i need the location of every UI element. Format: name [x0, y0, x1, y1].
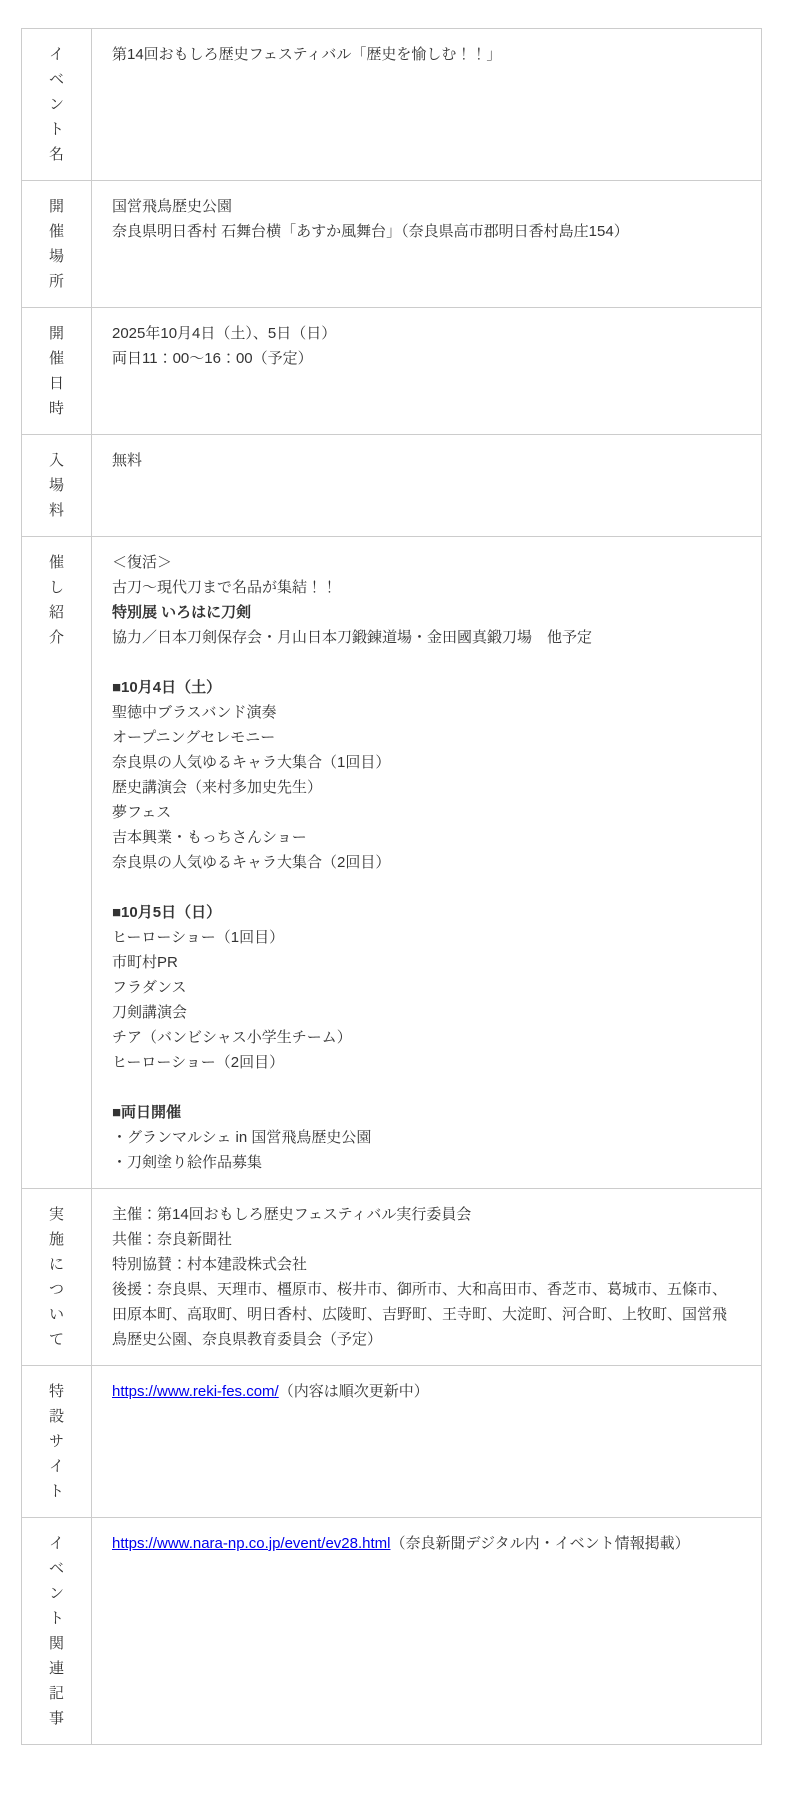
content-line: 歴史講演会（来村多加史先生） — [112, 775, 741, 800]
row-header-label: 催し紹介 — [48, 550, 66, 650]
content-line: 両日11：00〜16：00（予定） — [112, 346, 741, 371]
row-content-cell: 主催：第14回おもしろ歴史フェスティバル実行委員会共催：奈良新聞社特別協賛：村本… — [92, 1189, 762, 1366]
row-header-label: 実施について — [48, 1202, 66, 1352]
content-line: ・グランマルシェ in 国営飛鳥歴史公園 — [112, 1125, 741, 1150]
event-table-row: 入場料 無料 — [22, 435, 762, 537]
external-link[interactable]: https://www.reki-fes.com/ — [112, 1383, 279, 1400]
content-line: 夢フェス — [112, 800, 741, 825]
content-line: 後援：奈良県、天理市、橿原市、桜井市、御所市、大和高田市、香芝市、葛城市、五條市… — [112, 1277, 741, 1352]
event-table-row: イベント名 第14回おもしろ歴史フェスティバル「歴史を愉しむ！！」 — [22, 29, 762, 181]
content-line: 共催：奈良新聞社 — [112, 1227, 741, 1252]
row-content-cell: 国営飛鳥歴史公園奈良県明日香村 石舞台横「あすか風舞台」（奈良県高市郡明日香村島… — [92, 181, 762, 308]
row-content-cell: 無料 — [92, 435, 762, 537]
row-content-cell: https://www.reki-fes.com/（内容は順次更新中） — [92, 1366, 762, 1518]
content-line-with-link: https://www.nara-np.co.jp/event/ev28.htm… — [112, 1531, 741, 1556]
content-line: 奈良県の人気ゆるキャラ大集合（2回目） — [112, 850, 741, 875]
content-line: チア（バンビシャス小学生チーム） — [112, 1025, 741, 1050]
event-table-row: 開催場所 国営飛鳥歴史公園奈良県明日香村 石舞台横「あすか風舞台」（奈良県高市郡… — [22, 181, 762, 308]
row-content-cell: 第14回おもしろ歴史フェスティバル「歴史を愉しむ！！」 — [92, 29, 762, 181]
content-line: ■10月4日（土） — [112, 675, 741, 700]
row-header-cell: 実施について — [22, 1189, 92, 1366]
row-header-cell: イベント関連記事 — [22, 1518, 92, 1745]
content-line: ・刀剣塗り絵作品募集 — [112, 1150, 741, 1175]
content-line: 国営飛鳥歴史公園 — [112, 194, 741, 219]
content-line: フラダンス — [112, 975, 741, 1000]
event-table-row: イベント関連記事 https://www.nara-np.co.jp/event… — [22, 1518, 762, 1745]
content-line: 吉本興業・もっちさんショー — [112, 825, 741, 850]
content-line: 奈良県明日香村 石舞台横「あすか風舞台」（奈良県高市郡明日香村島庄154） — [112, 219, 741, 244]
content-line: 刀剣講演会 — [112, 1000, 741, 1025]
event-info-table: イベント名 第14回おもしろ歴史フェスティバル「歴史を愉しむ！！」 開催場所 国… — [21, 28, 762, 1745]
row-header-cell: 催し紹介 — [22, 537, 92, 1189]
content-line: 奈良県の人気ゆるキャラ大集合（1回目） — [112, 750, 741, 775]
row-content-cell: https://www.nara-np.co.jp/event/ev28.htm… — [92, 1518, 762, 1745]
row-header-cell: 入場料 — [22, 435, 92, 537]
row-header-cell: 特設サイト — [22, 1366, 92, 1518]
event-table-row: 催し紹介 ＜復活＞古刀〜現代刀まで名品が集結！！特別展 いろはに刀剣協力／日本刀… — [22, 537, 762, 1189]
row-header-label: イベント名 — [48, 42, 66, 167]
content-line: 聖徳中ブラスバンド演奏 — [112, 700, 741, 725]
link-note: （奈良新聞デジタル内・イベント情報掲載） — [390, 1535, 689, 1552]
row-content-cell: 2025年10月4日（土）、5日（日）両日11：00〜16：00（予定） — [92, 308, 762, 435]
event-table-row: 実施について 主催：第14回おもしろ歴史フェスティバル実行委員会共催：奈良新聞社… — [22, 1189, 762, 1366]
content-line: 協力／日本刀剣保存会・月山日本刀鍛錬道場・金田國真鍛刀場 他予定 — [112, 625, 741, 650]
event-table-row: 開催日時 2025年10月4日（土）、5日（日）両日11：00〜16：00（予定… — [22, 308, 762, 435]
content-line: 特別協賛：村本建設株式会社 — [112, 1252, 741, 1277]
row-header-label: 入場料 — [48, 448, 66, 523]
content-line: 特別展 いろはに刀剣 — [112, 600, 741, 625]
content-line: オープニングセレモニー — [112, 725, 741, 750]
content-line: ヒーローショー（1回目） — [112, 925, 741, 950]
row-header-cell: 開催日時 — [22, 308, 92, 435]
link-note: （内容は順次更新中） — [279, 1383, 429, 1400]
row-header-label: 開催場所 — [48, 194, 66, 294]
content-line: 主催：第14回おもしろ歴史フェスティバル実行委員会 — [112, 1202, 741, 1227]
external-link[interactable]: https://www.nara-np.co.jp/event/ev28.htm… — [112, 1535, 390, 1552]
row-header-cell: 開催場所 — [22, 181, 92, 308]
content-line: 2025年10月4日（土）、5日（日） — [112, 321, 741, 346]
content-line: 第14回おもしろ歴史フェスティバル「歴史を愉しむ！！」 — [112, 42, 741, 67]
content-line: ■10月5日（日） — [112, 900, 741, 925]
content-line: ■両日開催 — [112, 1100, 741, 1125]
content-line: ＜復活＞ — [112, 550, 741, 575]
content-line-with-link: https://www.reki-fes.com/（内容は順次更新中） — [112, 1379, 741, 1404]
event-table-body: イベント名 第14回おもしろ歴史フェスティバル「歴史を愉しむ！！」 開催場所 国… — [22, 29, 762, 1745]
content-line: 市町村PR — [112, 950, 741, 975]
row-header-label: イベント関連記事 — [48, 1531, 66, 1731]
row-content-cell: ＜復活＞古刀〜現代刀まで名品が集結！！特別展 いろはに刀剣協力／日本刀剣保存会・… — [92, 537, 762, 1189]
row-header-cell: イベント名 — [22, 29, 92, 181]
content-line: ヒーローショー（2回目） — [112, 1050, 741, 1075]
content-line — [112, 875, 741, 900]
row-header-label: 開催日時 — [48, 321, 66, 421]
row-header-label: 特設サイト — [48, 1379, 66, 1504]
event-table-row: 特設サイト https://www.reki-fes.com/（内容は順次更新中… — [22, 1366, 762, 1518]
content-line: 古刀〜現代刀まで名品が集結！！ — [112, 575, 741, 600]
event-detail-page: イベント名 第14回おもしろ歴史フェスティバル「歴史を愉しむ！！」 開催場所 国… — [0, 0, 800, 1785]
content-line: 無料 — [112, 448, 741, 473]
content-line — [112, 650, 741, 675]
content-line — [112, 1075, 741, 1100]
